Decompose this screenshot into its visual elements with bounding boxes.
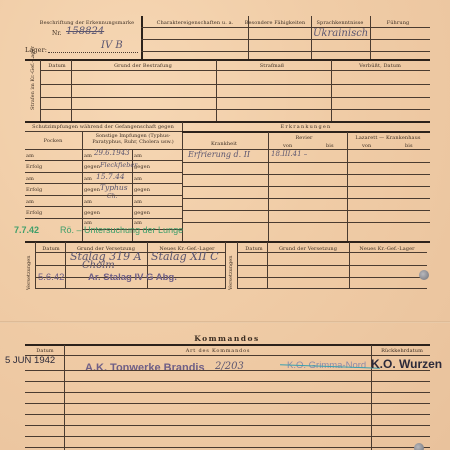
paper-fold: [0, 321, 450, 323]
divider: [311, 16, 312, 59]
row-label-am: am: [26, 176, 34, 182]
rule: [25, 381, 430, 382]
divider: [141, 16, 143, 59]
sub-label-am: am: [134, 176, 142, 182]
col-pocken: Pocken: [44, 138, 63, 144]
versetzung-1-lager: Stalag XII C: [151, 250, 219, 263]
krankheit-1: Erfrierung d. II: [188, 150, 250, 159]
versetzung-2-grund: Ar. Stalag IV G Abg.: [88, 272, 177, 283]
rule: [182, 162, 430, 163]
sub-label-gegen: gegen: [134, 187, 150, 193]
rule: [25, 355, 430, 356]
sub-label-gegen: gegen: [84, 210, 100, 216]
impfungen-title: Schutzimpfungen während der Gefangenscha…: [32, 124, 174, 130]
rule: [25, 206, 182, 207]
rule: [25, 218, 182, 219]
section-border: [25, 121, 430, 123]
col-krankheit: Krankheit: [211, 141, 237, 147]
col-verbuesst: Verbüßt, Datum: [359, 63, 401, 69]
rule: [35, 288, 225, 289]
rule: [25, 195, 182, 196]
rule: [25, 447, 430, 448]
rule: [182, 131, 430, 133]
sub-label-gegen: gegen: [84, 187, 100, 193]
rule: [25, 436, 430, 437]
kommandos-title: Kommandos: [194, 334, 260, 343]
col-grund: Grund der Bestrafung: [114, 63, 172, 69]
rule: [25, 183, 182, 184]
rule: [40, 70, 430, 71]
section-border: [25, 344, 430, 346]
rule: [25, 370, 430, 371]
kommando-1-datum: 5 JUN 1942: [5, 355, 55, 366]
rule: [237, 252, 427, 253]
lager-dotted-line: [48, 52, 138, 53]
rule: [237, 265, 427, 266]
rule: [237, 288, 427, 289]
versetzung-1-grund-line2: Cholm: [82, 260, 115, 271]
rule: [182, 210, 430, 211]
label-fuehrung: Führung: [387, 20, 410, 26]
section-border: [25, 59, 430, 61]
rule: [40, 109, 430, 110]
versetzungen-side-label: Versetzungen: [26, 256, 32, 291]
col-sonstige: Sonstige Impfungen (Typhus-Paratyphus, R…: [86, 133, 180, 145]
rule: [141, 39, 430, 40]
col-strafmass: Strafmaß: [260, 63, 285, 69]
rule: [40, 84, 430, 85]
col-art: Art des Kommandos: [186, 348, 251, 354]
row-label-am: am: [26, 199, 34, 205]
impfung-2-date: 15.7.44: [96, 172, 125, 181]
divider: [182, 122, 183, 241]
rule: [25, 160, 182, 161]
impfung-1-gegen: Fleckfieber: [100, 161, 137, 169]
rule: [141, 27, 430, 28]
divider: [370, 16, 371, 59]
sub-label-am: am: [84, 153, 92, 159]
rule: [25, 172, 182, 173]
rule: [237, 277, 427, 278]
rule: [25, 414, 430, 415]
lager-value: IV B: [101, 40, 123, 51]
divider: [225, 242, 226, 289]
kommando-1-art: A.K. Tonwerke Brandis: [85, 362, 205, 374]
col-revier: Revier: [295, 135, 312, 141]
row-label-erfolg: Erfolg: [26, 187, 42, 193]
label-nr: Nr.: [52, 30, 62, 37]
green-stamp-text: Rö. – Untersuchung der Lunge: [60, 225, 183, 235]
sub-label-am: am: [84, 176, 92, 182]
impfung-1-date: 29.6.1943: [94, 149, 130, 157]
col-datum: Datum: [48, 63, 65, 69]
green-stamp-date: 7.7.42: [14, 225, 39, 235]
sub-label-gegen: gegen: [134, 210, 150, 216]
rule: [40, 97, 430, 98]
versetzung-2-datum: 5.6.42: [38, 272, 64, 283]
label-faehigkeiten: Besondere Fähigkeiten: [245, 20, 306, 26]
row-label-am: am: [26, 153, 34, 159]
section-border: [25, 241, 430, 243]
rule: [25, 403, 430, 404]
col-lazarett: Lazarett — Krankenhaus: [355, 135, 420, 141]
sub-label-am: am: [84, 199, 92, 205]
sub-label-am: am: [134, 199, 142, 205]
label-charakter: Charaktereigenschaften u. a.: [157, 20, 234, 26]
col-rueckkehr: Rückkehrdatum: [381, 348, 423, 354]
rule: [182, 174, 430, 175]
sub-label-gegen: gegen: [84, 164, 100, 170]
sub-label-am: am: [134, 153, 142, 159]
punch-hole: [419, 270, 429, 280]
rule: [182, 186, 430, 187]
punch-hole: [414, 443, 424, 450]
nr-value: 158824: [66, 26, 104, 37]
col-datum: Datum: [36, 348, 53, 354]
strafen-side-label: Strafen im Kr.-Gef.-Lager: [30, 46, 36, 110]
row-label-erfolg: Erfolg: [26, 210, 42, 216]
row-label-erfolg: Erfolg: [26, 164, 42, 170]
impfung-2-gegen: Typhus: [100, 183, 128, 192]
label-sprachkenntnisse: Sprachkenntnisse: [317, 20, 364, 26]
versetzungen-right-side-label: Versetzungen: [228, 256, 234, 291]
rule: [35, 265, 225, 266]
rule: [182, 198, 430, 199]
rule: [25, 392, 430, 393]
rule: [182, 222, 430, 223]
rule: [141, 51, 430, 52]
rule: [25, 425, 430, 426]
kommando-1-rueckkehr: K.O. Wurzen: [371, 357, 442, 371]
revier-von-1: 18.III.41 –: [271, 150, 307, 158]
label-lager: Lager:: [25, 46, 47, 54]
rule: [25, 131, 182, 132]
divider: [64, 345, 65, 450]
erkrankungen-title: Erkrankungen: [281, 124, 332, 130]
sprachkenntnisse-value: Ukrainisch: [313, 28, 368, 39]
